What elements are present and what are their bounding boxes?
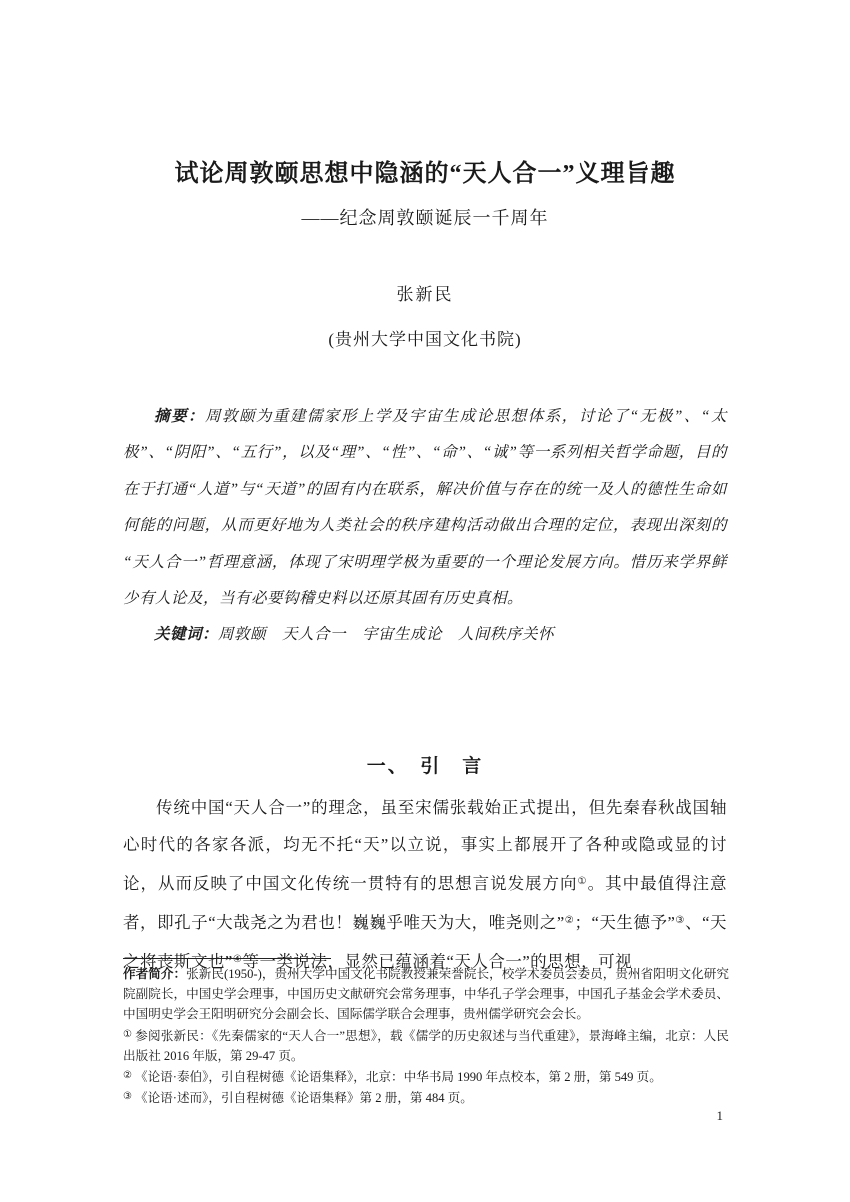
- footnote-text: 参阅张新民：《先秦儒家的“天人合一”思想》，载《儒学的历史叙述与当代重建》，景海…: [123, 1029, 729, 1063]
- introduction-paragraph: 传统中国“天人合一”的理念，虽至宋儒张载始正式提出，但先秦春秋战国轴心时代的各家…: [123, 789, 727, 980]
- author-name: 张新民: [0, 280, 850, 305]
- footnotes-block: 作者简介：张新民(1950-)，贵州大学中国文化书院教授兼荣誉院长，校学术委员会…: [123, 958, 729, 1108]
- footnote-marker: ③: [123, 1091, 132, 1102]
- paper-subtitle: ——纪念周敦颐诞辰一千周年: [0, 204, 850, 230]
- paper-title: 试论周敦颐思想中隐涵的“天人合一”义理旨趣: [0, 153, 850, 188]
- footnote-item: ③《论语·述而》，引自程树德《论语集释》第 2 册，第 484 页。: [123, 1087, 729, 1108]
- author-bio-text: 张新民(1950-)，贵州大学中国文化书院教授兼荣誉院长，校学术委员会委员，贵州…: [123, 967, 729, 1021]
- footnote-marker: ①: [123, 1029, 132, 1040]
- footnote-marker: ②: [123, 1070, 132, 1081]
- footnote-item: ②《论语·泰伯》，引自程树德《论语集释》，北京：中华书局 1990 年点校本，第…: [123, 1066, 729, 1087]
- abstract-text: 周敦颐为重建儒家形上学及宇宙生成论思想体系，讨论了“无极”、“太极”、“阴阳”、…: [123, 408, 727, 607]
- section-heading-introduction: 一、 引 言: [0, 751, 850, 778]
- keywords-label: 关键词：: [154, 626, 218, 643]
- footnote-separator: [123, 958, 331, 959]
- footnote-item: ①参阅张新民：《先秦儒家的“天人合一”思想》，载《儒学的历史叙述与当代重建》，景…: [123, 1025, 729, 1066]
- abstract-label: 摘要：: [154, 408, 205, 425]
- author-affiliation: (贵州大学中国文化书院): [0, 325, 850, 350]
- footnote-text: 《论语·泰伯》，引自程树德《论语集释》，北京：中华书局 1990 年点校本，第 …: [135, 1070, 662, 1084]
- keywords-text: 周敦颐 天人合一 宇宙生成论 人间秩序关怀: [218, 626, 554, 643]
- page-number: 1: [717, 1108, 724, 1124]
- keywords-line: 关键词：周敦颐 天人合一 宇宙生成论 人间秩序关怀: [123, 617, 727, 653]
- author-bio-label: 作者简介：: [123, 967, 186, 981]
- author-bio-footnote: 作者简介：张新民(1950-)，贵州大学中国文化书院教授兼荣誉院长，校学术委员会…: [123, 964, 729, 1025]
- abstract-paragraph: 摘要：周敦颐为重建儒家形上学及宇宙生成论思想体系，讨论了“无极”、“太极”、“阴…: [123, 399, 727, 617]
- paper-page: 试论周敦颐思想中隐涵的“天人合一”义理旨趣 ——纪念周敦颐诞辰一千周年 张新民 …: [0, 0, 850, 1202]
- abstract-block: 摘要：周敦颐为重建儒家形上学及宇宙生成论思想体系，讨论了“无极”、“太极”、“阴…: [123, 399, 727, 654]
- footnote-text: 《论语·述而》，引自程树德《论语集释》第 2 册，第 484 页。: [135, 1091, 473, 1105]
